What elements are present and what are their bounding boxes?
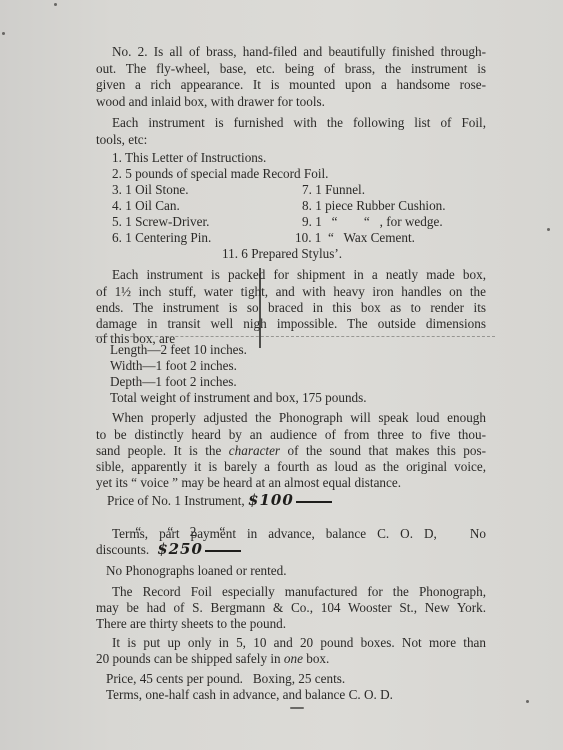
document-page: No. 2. Is all of brass, hand-filed and b… [0, 0, 563, 750]
text-span: sand people. It is the [96, 443, 229, 458]
item-number: 5. [112, 214, 122, 229]
text-line: sible, apparently it is barely a fourth … [96, 459, 486, 475]
dimension-width: Width—1 foot 2 inches. [110, 358, 500, 374]
list-item: 1. This Letter of Instructions. [112, 150, 266, 166]
no-loan-notice: No Phonographs loaned or rented. [106, 563, 496, 579]
list-item: 8. 1 piece Rubber Cushion. [302, 198, 446, 214]
list-item: 2. 5 pounds of special made Record Foil. [112, 166, 328, 182]
text-span: The Record Foil especially manufactured … [96, 584, 486, 599]
item-text: 1 “ Wax Cement. [315, 230, 415, 245]
item-number: 8. [302, 198, 312, 213]
price-no1: Price of No. 1 Instrument, $100 [107, 492, 332, 509]
text-line: Each instrument is furnished with the fo… [96, 115, 486, 131]
list-item: 6. 1 Centering Pin. [112, 230, 211, 246]
text-line: of 1½ inch stuff, water tight, and with … [96, 284, 486, 300]
paper-speck [547, 228, 550, 231]
item-number: 2. [112, 166, 122, 181]
text-span: Each instrument is furnished with the fo… [96, 115, 486, 130]
emphasis-text: one [284, 651, 303, 666]
list-item: 11. 6 Prepared Stylus’. [222, 246, 342, 262]
text-line: discounts. [96, 542, 486, 558]
text-span: Terms, part payment in advance, balance … [96, 526, 486, 541]
item-text: 5 pounds of special made Record Foil. [125, 166, 328, 181]
emphasis-text: character [229, 443, 280, 458]
item-text: This Letter of Instructions. [125, 150, 266, 165]
price-label: Price of No. 1 Instrument, [107, 493, 245, 508]
text-line: There are thirty sheets to the pound. [96, 616, 486, 632]
text-line: out. The fly-wheel, base, etc. being of … [96, 61, 486, 77]
paper-speck [54, 3, 57, 6]
item-text: 1 Oil Stone. [125, 182, 188, 197]
text-line: wood and inlaid box, with drawer for too… [96, 94, 486, 110]
list-item: 5. 1 Screw-Driver. [112, 214, 209, 230]
list-item: 10. 1 “ Wax Cement. [295, 230, 415, 246]
item-text: 6 Prepared Stylus’. [241, 246, 342, 261]
total-weight: Total weight of instrument and box, 175 … [110, 390, 500, 406]
underline-mark [296, 501, 332, 503]
text-line: tools, etc: [96, 132, 486, 148]
text-span: of the sound that makes this pos- [280, 443, 486, 458]
item-text: 1 Oil Can. [125, 198, 180, 213]
text-line: Terms, part payment in advance, balance … [96, 526, 486, 542]
text-line: to be distinctly heard by an audience of… [96, 427, 486, 443]
fold-mark [259, 268, 261, 348]
dimension-length: Length—2 feet 10 inches. [110, 342, 500, 358]
text-span: box. [303, 651, 329, 666]
text-line: sand people. It is the character of the … [96, 443, 486, 459]
paper-speck [526, 700, 529, 703]
foil-price: Price, 45 cents per pound. Boxing, 25 ce… [106, 671, 496, 687]
list-item: 7. 1 Funnel. [302, 182, 365, 198]
item-number: 1. [112, 150, 122, 165]
text-line: given a rich appearance. It is mounted u… [96, 77, 486, 93]
text-line: Each instrument is packed for shipment i… [96, 267, 486, 283]
text-line: No. 2. Is all of brass, hand-filed and b… [96, 44, 486, 60]
text-line: may be had of S. Bergmann & Co., 104 Woo… [96, 600, 486, 616]
paper-speck [2, 32, 5, 35]
text-span: It is put up only in 5, 10 and 20 pound … [96, 635, 486, 650]
list-item: 9. 1 “ “ , for wedge. [302, 214, 443, 230]
item-number: 7. [302, 182, 312, 197]
item-number: 10. [295, 230, 311, 245]
text-line: yet its “ voice ” may be heard at an alm… [96, 475, 486, 491]
text-line: ends. The instrument is so braced in thi… [96, 300, 486, 316]
text-span: No. 2. Is all of brass, hand-filed and b… [96, 44, 486, 59]
item-number: 9. [302, 214, 312, 229]
text-line: It is put up only in 5, 10 and 20 pound … [96, 635, 486, 651]
list-item: 3. 1 Oil Stone. [112, 182, 189, 198]
text-line: The Record Foil especially manufactured … [96, 584, 486, 600]
fold-crease [95, 336, 495, 337]
item-text: 1 “ “ , for wedge. [315, 214, 442, 229]
item-number: 3. [112, 182, 122, 197]
handwritten-price: $100 [248, 491, 294, 509]
item-text: 1 Centering Pin. [125, 230, 211, 245]
foil-terms: Terms, one-half cash in advance, and bal… [106, 687, 496, 703]
paper-mark [290, 707, 304, 709]
item-text: 1 Funnel. [315, 182, 365, 197]
item-text: 1 piece Rubber Cushion. [315, 198, 445, 213]
text-line: 20 pounds can be shipped safely in one b… [96, 651, 486, 667]
item-number: 11. [222, 246, 238, 261]
text-span: 20 pounds can be shipped safely in [96, 651, 284, 666]
text-line: damage in transit well nigh impossible. … [96, 316, 486, 332]
dimension-depth: Depth—1 foot 2 inches. [110, 374, 500, 390]
text-span: When properly adjusted the Phonograph wi… [96, 410, 486, 425]
text-span: Each instrument is packed for shipment i… [96, 267, 486, 282]
item-number: 6. [112, 230, 122, 245]
list-item: 4. 1 Oil Can. [112, 198, 180, 214]
text-line: When properly adjusted the Phonograph wi… [96, 410, 486, 426]
item-number: 4. [112, 198, 122, 213]
item-text: 1 Screw-Driver. [125, 214, 209, 229]
